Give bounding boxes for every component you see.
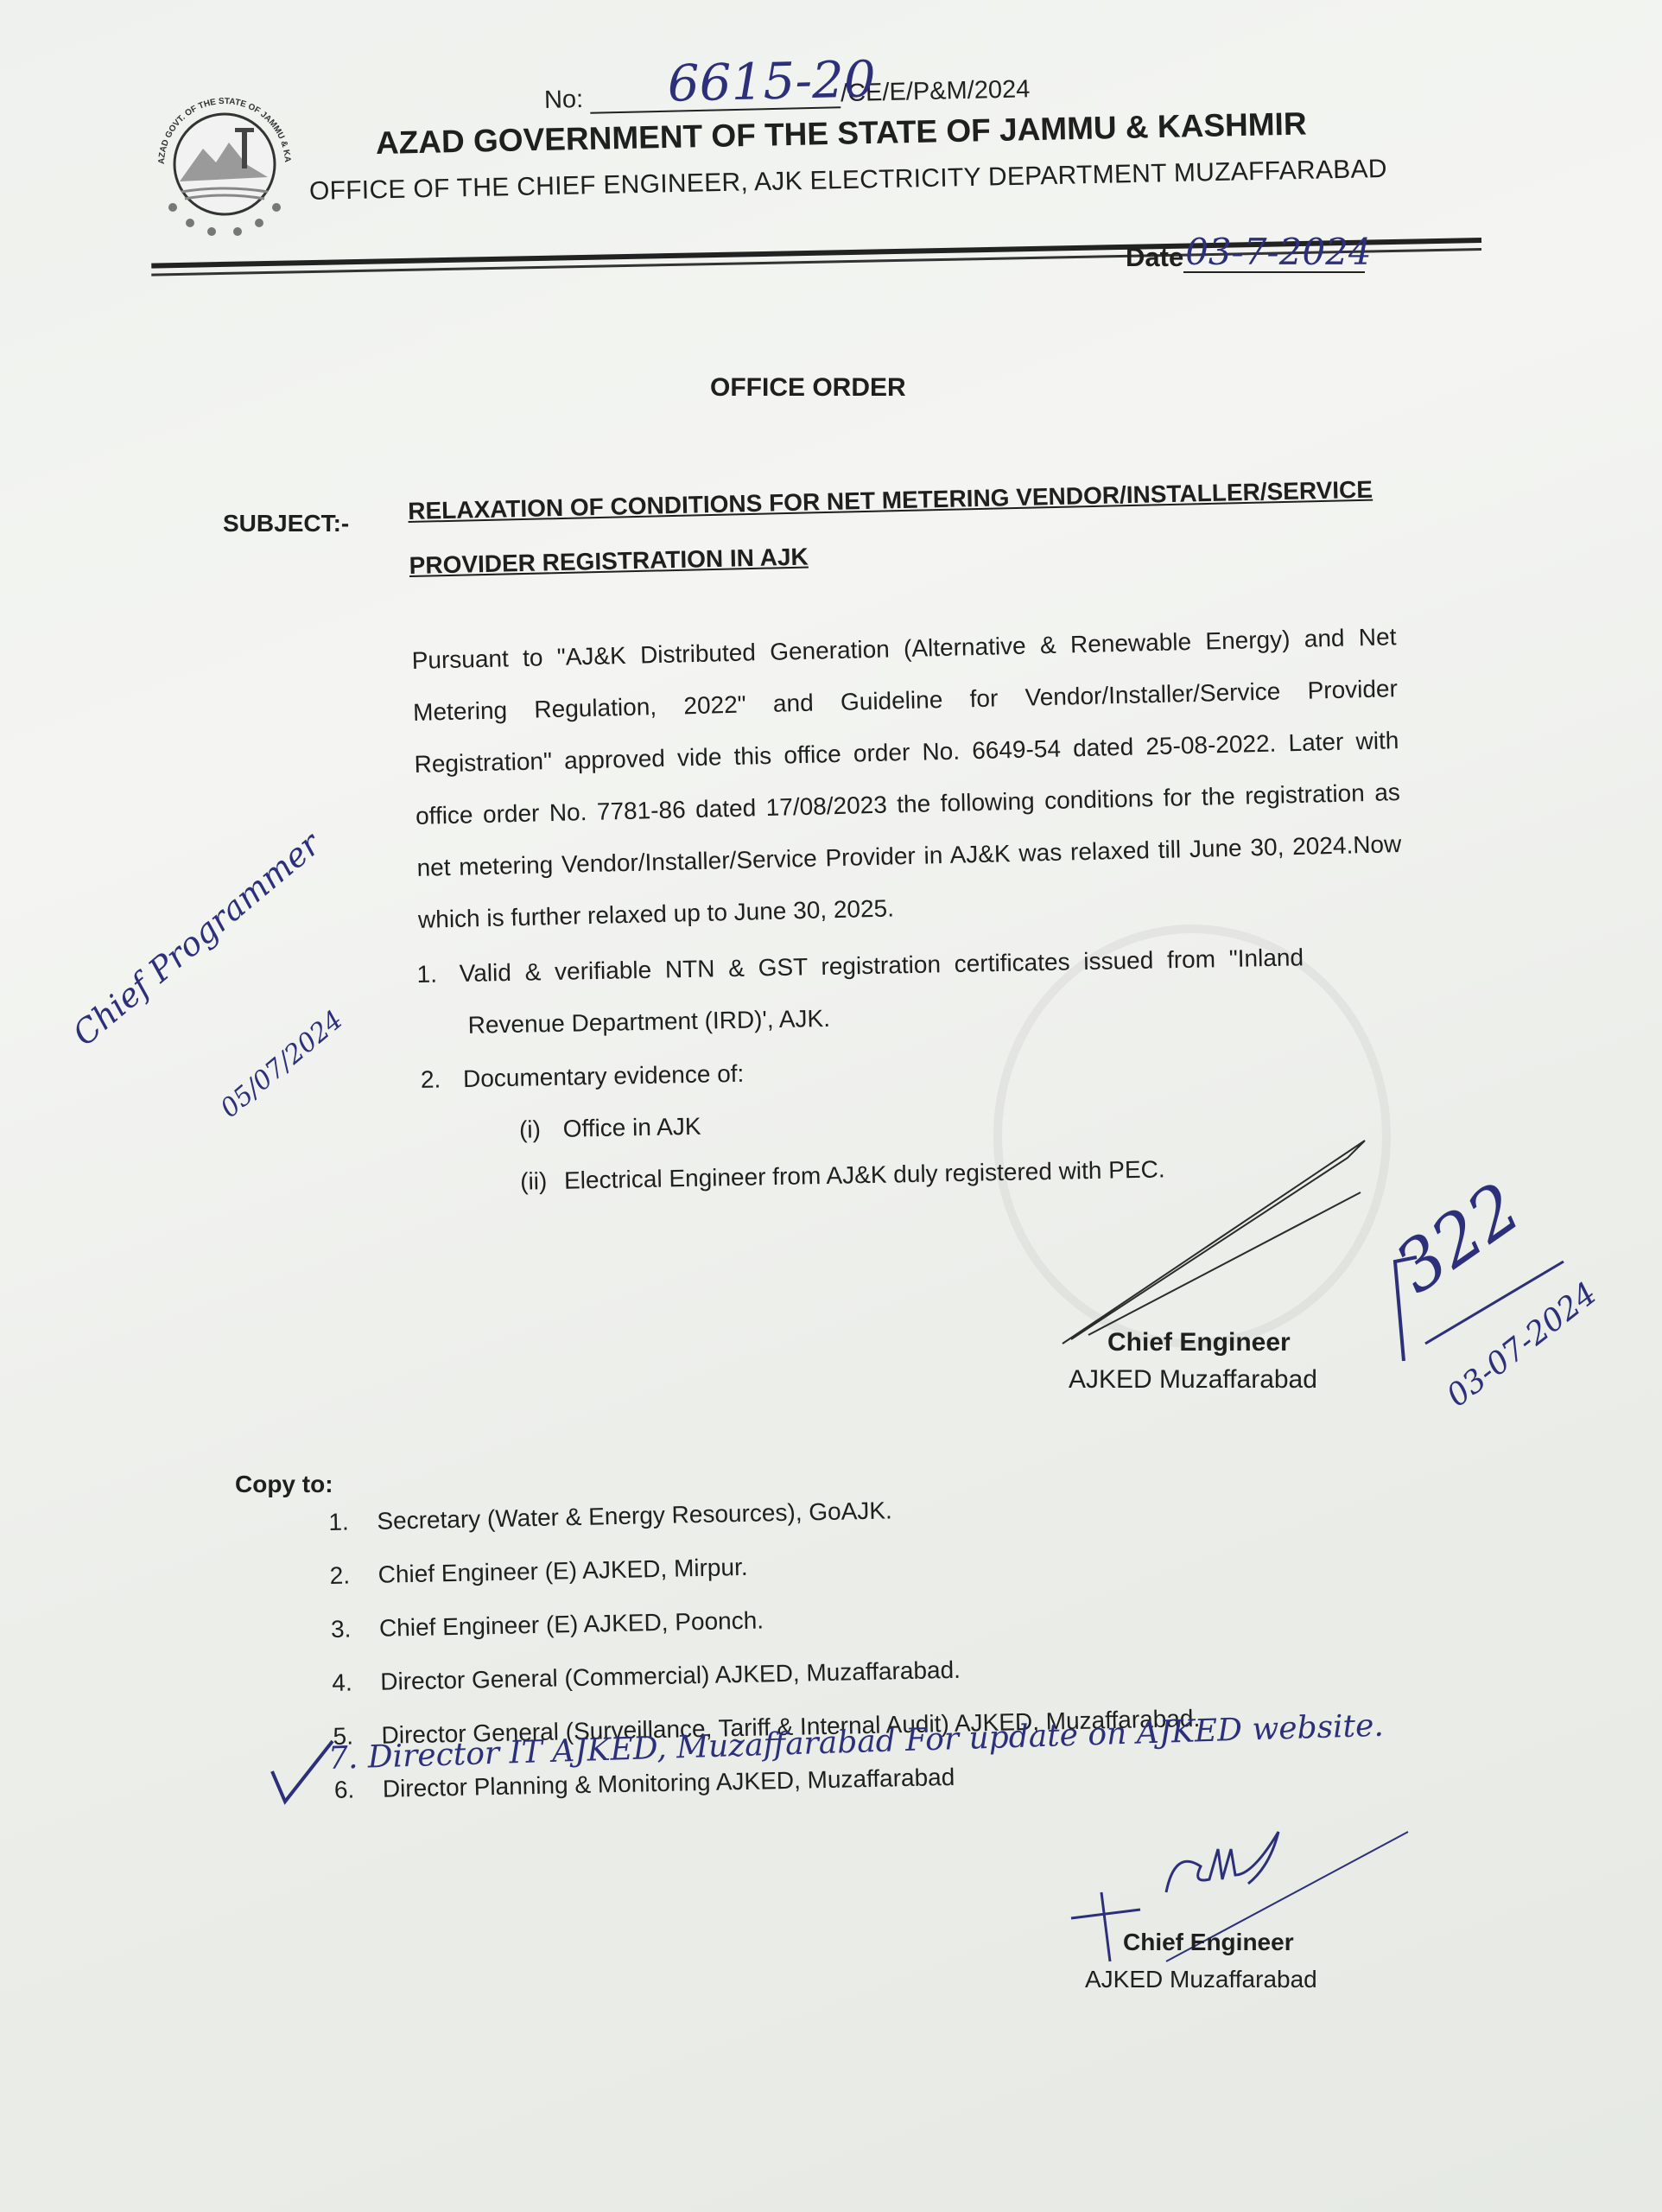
margin-note-date: 05/07/2024 [215, 1005, 349, 1124]
government-heading: AZAD GOVERNMENT OF THE STATE OF JAMMU & … [376, 105, 1307, 162]
subject-text: RELAXATION OF CONDITIONS FOR NET METERIN… [408, 461, 1395, 593]
government-seal-logo: AZAD GOVT. OF THE STATE OF JAMMU & KASHM… [138, 95, 311, 242]
signatory-title: Chief Engineer [1107, 1328, 1291, 1357]
reference-number: No: 6615-20/CE/E/P&M/2024 [544, 75, 1031, 115]
copy-to-item: 3.Chief Engineer (E) AJKED, Poonch. [331, 1591, 1368, 1647]
condition-item: 2. Documentary evidence of: [420, 1048, 745, 1106]
signatory-office: AJKED Muzaffarabad [1069, 1365, 1317, 1395]
final-signatory-office: AJKED Muzaffarabad [1085, 1966, 1317, 1993]
ref-number-handwritten: 6615-20 [667, 54, 876, 108]
body-paragraph: Pursuant to "AJ&K Distributed Generation… [411, 611, 1403, 946]
date-field: 03-7-2024 [1183, 245, 1365, 273]
document-date: Date03-7-2024 [1126, 242, 1365, 273]
sub-condition-item: (i) Office in AJK [518, 1101, 701, 1156]
checkmark-icon [268, 1737, 337, 1806]
ref-prefix: No: [544, 86, 584, 114]
document-title: OFFICE ORDER [710, 373, 906, 403]
signature-mark [1054, 1132, 1382, 1357]
copy-to-item: 2.Chief Engineer (E) AJKED, Mirpur. [329, 1537, 1367, 1593]
margin-note-chief-programmer: Chief Programmer [66, 825, 327, 1053]
subject-label: SUBJECT:- [223, 510, 349, 537]
ref-number-field: 6615-20 [590, 80, 841, 114]
final-signatory-title: Chief Engineer [1123, 1929, 1294, 1956]
date-label: Date [1126, 242, 1183, 272]
copy-to-item: 1.Secretary (Water & Energy Resources), … [328, 1484, 1366, 1540]
condition-item-continued: Revenue Department (IRD)', AJK. [467, 993, 830, 1052]
copy-to-item: 4.Director General (Commercial) AJKED, M… [332, 1644, 1369, 1700]
date-handwritten: 03-7-2024 [1185, 231, 1371, 273]
office-heading: OFFICE OF THE CHIEF ENGINEER, AJK ELECTR… [309, 155, 1388, 207]
copy-to-label: Copy to: [235, 1471, 333, 1498]
